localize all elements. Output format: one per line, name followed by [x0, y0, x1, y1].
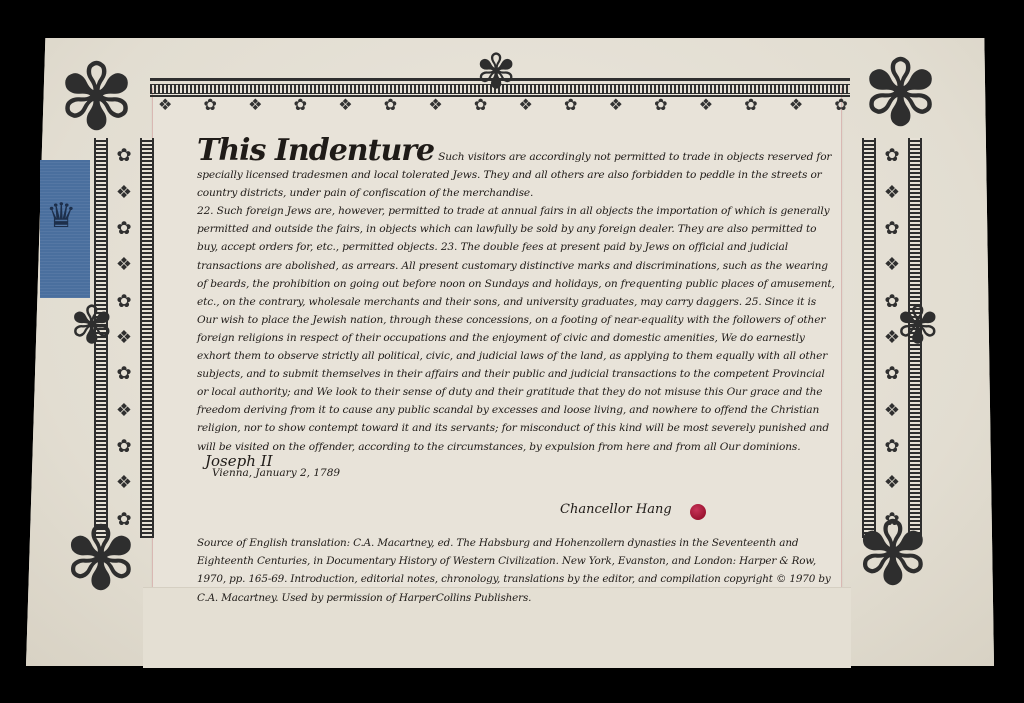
- rosette-icon: ❖: [428, 96, 442, 114]
- quatrefoil-icon: ❖: [884, 255, 900, 275]
- rosette-icon: ✿: [116, 219, 131, 239]
- blue-crest-tab: ♛: [40, 160, 90, 298]
- rosette-icon: ✿: [654, 96, 667, 114]
- pillar-hatch: [862, 138, 876, 538]
- quatrefoil-icon: ❖: [116, 473, 132, 493]
- rosette-icon: ❖: [519, 96, 533, 114]
- quatrefoil-icon: ❖: [884, 183, 900, 203]
- shell-top-center-icon: ✾: [476, 48, 516, 96]
- acanthus-corner-icon: ✾: [58, 52, 135, 144]
- rosette-icon: ✿: [884, 364, 899, 384]
- rosette-icon: ✿: [294, 96, 307, 114]
- rosette-icon: ✿: [744, 96, 757, 114]
- rosette-icon: ✿: [204, 96, 217, 114]
- quatrefoil-icon: ❖: [116, 328, 132, 348]
- pillar-motifs: ✿ ❖ ✿ ❖ ✿ ❖ ✿ ❖ ✿ ❖ ✿: [110, 138, 138, 538]
- rosette-icon: ✿: [884, 437, 899, 457]
- chancellor-signature: Chancellor Hang: [560, 502, 672, 517]
- rosette-icon: ✿: [564, 96, 577, 114]
- rosette-icon: ✿: [834, 96, 847, 114]
- rosette-icon: ❖: [158, 96, 172, 114]
- quatrefoil-icon: ❖: [116, 183, 132, 203]
- rosette-icon: ✿: [884, 146, 899, 166]
- rosette-icon: ❖: [338, 96, 352, 114]
- place-date: Vienna, January 2, 1789: [212, 467, 340, 479]
- shell-left-center-icon: ✾: [70, 300, 114, 352]
- wax-seal-icon: [690, 504, 706, 520]
- quatrefoil-icon: ❖: [884, 473, 900, 493]
- document-body: This IndentureSuch visitors are accordin…: [197, 142, 837, 456]
- rosette-icon: ✿: [116, 437, 131, 457]
- quatrefoil-icon: ❖: [884, 401, 900, 421]
- rosette-icon: ✿: [884, 219, 899, 239]
- rosette-icon: ❖: [789, 96, 803, 114]
- acanthus-corner-icon: ✾: [862, 48, 939, 140]
- pillar-hatch: [140, 138, 154, 538]
- royal-monogram-crest-icon: ♛: [46, 196, 76, 236]
- rosette-icon: ✿: [116, 364, 131, 384]
- source-note: Source of English translation: C.A. Maca…: [197, 534, 837, 607]
- main-paragraph: 22. Such foreign Jews are, however, perm…: [197, 202, 837, 455]
- quatrefoil-icon: ❖: [116, 255, 132, 275]
- acanthus-corner-icon: ✾: [64, 515, 138, 603]
- acanthus-corner-icon: ✾: [856, 510, 930, 598]
- rosette-icon: ❖: [248, 96, 262, 114]
- document-title: This Indenture: [197, 133, 434, 168]
- rosette-icon: ✿: [384, 96, 397, 114]
- rosette-icon: ✿: [116, 292, 131, 312]
- rosette-icon: ❖: [609, 96, 623, 114]
- rosette-icon: ❖: [699, 96, 713, 114]
- quatrefoil-icon: ❖: [116, 401, 132, 421]
- opening-paragraph: This IndentureSuch visitors are accordin…: [197, 142, 837, 202]
- shell-right-center-icon: ✾: [896, 300, 940, 352]
